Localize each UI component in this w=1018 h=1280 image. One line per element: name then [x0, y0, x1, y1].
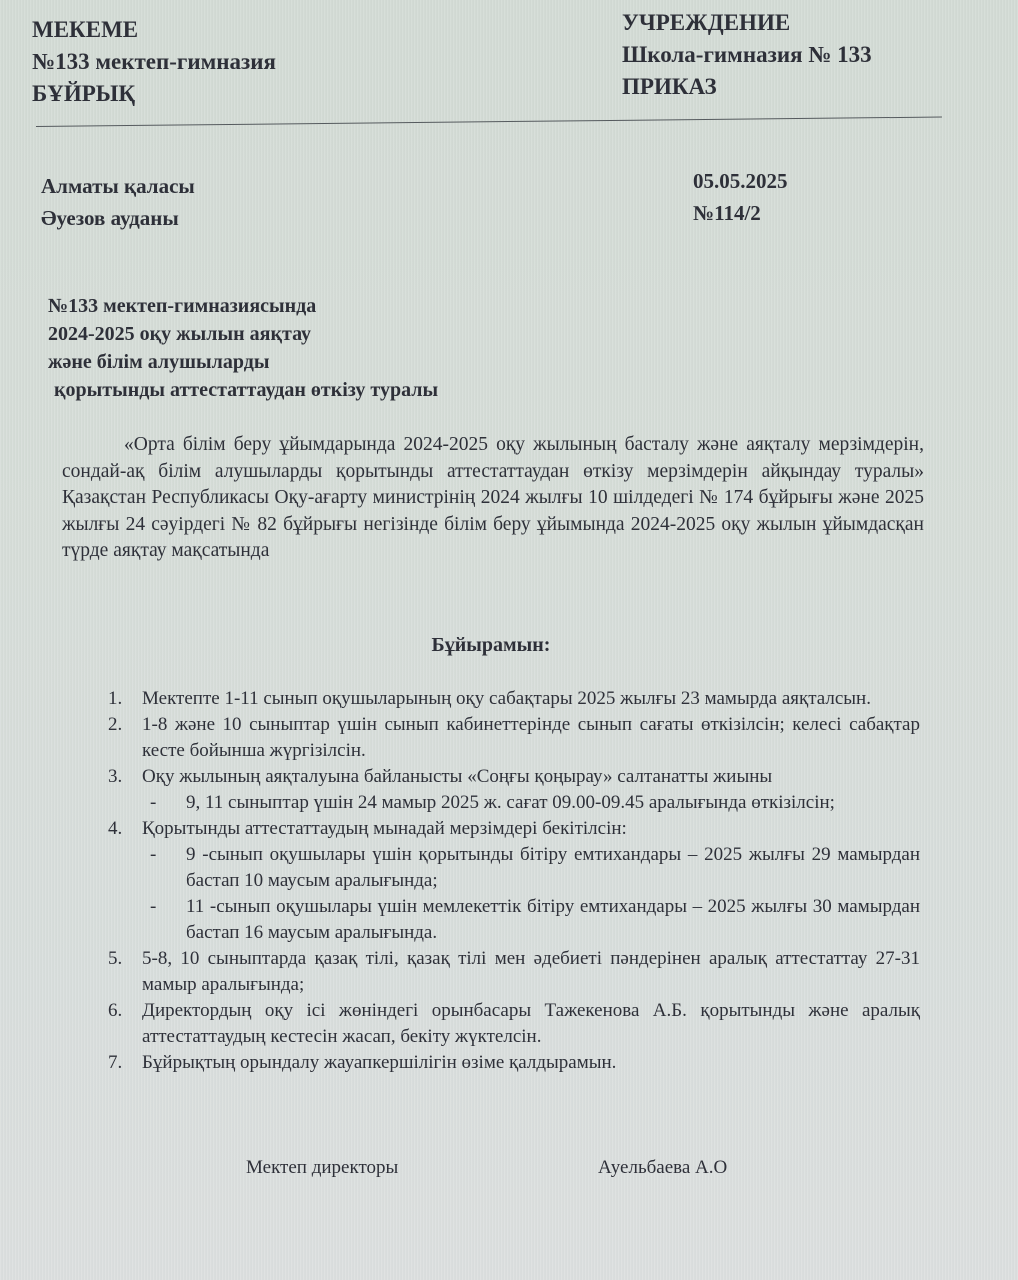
- institution-label-ru: УЧРЕЖДЕНИЕ: [622, 7, 872, 39]
- subitem-text: 9 -сынып оқушылары үшін қорытынды бітіру…: [186, 844, 920, 891]
- item-number: 5.: [108, 946, 122, 972]
- subitem-text: 9, 11 сыныптар үшін 24 мамыр 2025 ж. сағ…: [186, 792, 835, 813]
- item-number: 4.: [108, 816, 122, 842]
- institution-name-kz: №133 мектеп-гимназия: [32, 46, 276, 78]
- subject-line: 2024-2025 оқу жылын аяқтау: [48, 320, 438, 348]
- order-subitem: -9, 11 сыныптар үшін 24 мамыр 2025 ж. са…: [100, 790, 920, 816]
- subject-line: және білім алушыларды: [48, 348, 438, 376]
- order-item: 2.1-8 және 10 сыныптар үшін сынып кабине…: [100, 712, 920, 764]
- city: Алматы қаласы: [41, 170, 195, 202]
- item-text: 5-8, 10 сыныптарда қазақ тілі, қазақ тіл…: [142, 948, 920, 995]
- order-item: 3.Оқу жылының аяқталуына байланысты «Соң…: [100, 764, 920, 790]
- item-text: Директордың оқу ісі жөніндегі орынбасары…: [142, 1000, 920, 1047]
- order-item: 4.Қорытынды аттестаттаудың мынадай мерзі…: [100, 816, 920, 842]
- item-text: Оқу жылының аяқталуына байланысты «Соңғы…: [142, 766, 772, 787]
- order-subitem: -9 -сынып оқушылары үшін қорытынды бітір…: [100, 842, 920, 894]
- header-left: МЕКЕМЕ №133 мектеп-гимназия БҰЙРЫҚ: [32, 14, 276, 110]
- item-number: 1.: [108, 686, 122, 712]
- preamble-text: «Орта білім беру ұйымдарында 2024-2025 о…: [62, 432, 924, 565]
- subject-line: №133 мектеп-гимназиясында: [48, 292, 438, 320]
- dash-bullet-icon: -: [150, 842, 156, 868]
- dash-bullet-icon: -: [150, 790, 156, 816]
- item-text: Мектепте 1-11 сынып оқушыларының оқу саб…: [142, 688, 871, 709]
- order-date: 05.05.2025: [693, 165, 788, 197]
- order-number: №114/2: [693, 197, 788, 229]
- location-block: Алматы қаласы Әуезов ауданы: [41, 170, 195, 234]
- item-number: 2.: [108, 712, 122, 738]
- item-text: 1-8 және 10 сыныптар үшін сынып кабинетт…: [142, 714, 920, 761]
- order-item: 7.Бұйрықтың орындалу жауапкершілігін өзі…: [100, 1050, 920, 1076]
- item-text: Бұйрықтың орындалу жауапкершілігін өзіме…: [142, 1052, 616, 1073]
- order-items-list: 1.Мектепте 1-11 сынып оқушыларының оқу с…: [100, 686, 920, 1076]
- order-subitem: -11 -сынып оқушылары үшін мемлекеттік бі…: [100, 894, 920, 946]
- header-right: УЧРЕЖДЕНИЕ Школа-гимназия № 133 ПРИКАЗ: [622, 7, 872, 103]
- order-item: 1.Мектепте 1-11 сынып оқушыларының оқу с…: [100, 686, 920, 712]
- order-item: 6.Директордың оқу ісі жөніндегі орынбаса…: [100, 998, 920, 1050]
- order-item: 5.5-8, 10 сыныптарда қазақ тілі, қазақ т…: [100, 946, 920, 998]
- item-text: Қорытынды аттестаттаудың мынадай мерзімд…: [142, 818, 627, 839]
- item-number: 3.: [108, 764, 122, 790]
- signature-name: Ауельбаева А.О: [598, 1157, 727, 1179]
- order-subject: №133 мектеп-гимназиясында 2024-2025 оқу …: [48, 292, 438, 404]
- item-number: 6.: [108, 998, 122, 1024]
- doc-type-ru: ПРИКАЗ: [622, 71, 872, 103]
- signature-position: Мектеп директоры: [246, 1157, 398, 1179]
- subitem-text: 11 -сынып оқушылары үшін мемлекеттік біт…: [186, 896, 920, 943]
- institution-label-kz: МЕКЕМЕ: [32, 14, 276, 46]
- doc-type-kz: БҰЙРЫҚ: [32, 78, 276, 110]
- district: Әуезов ауданы: [41, 202, 195, 234]
- dash-bullet-icon: -: [150, 894, 156, 920]
- institution-name-ru: Школа-гимназия № 133: [622, 39, 872, 71]
- order-meta: 05.05.2025 №114/2: [693, 165, 788, 229]
- order-heading: Бұйырамын:: [0, 634, 982, 657]
- preamble: «Орта білім беру ұйымдарында 2024-2025 о…: [62, 432, 924, 565]
- subject-line: қорытынды аттестаттаудан өткізу туралы: [54, 376, 438, 404]
- item-number: 7.: [108, 1050, 122, 1076]
- header-divider: [36, 117, 942, 127]
